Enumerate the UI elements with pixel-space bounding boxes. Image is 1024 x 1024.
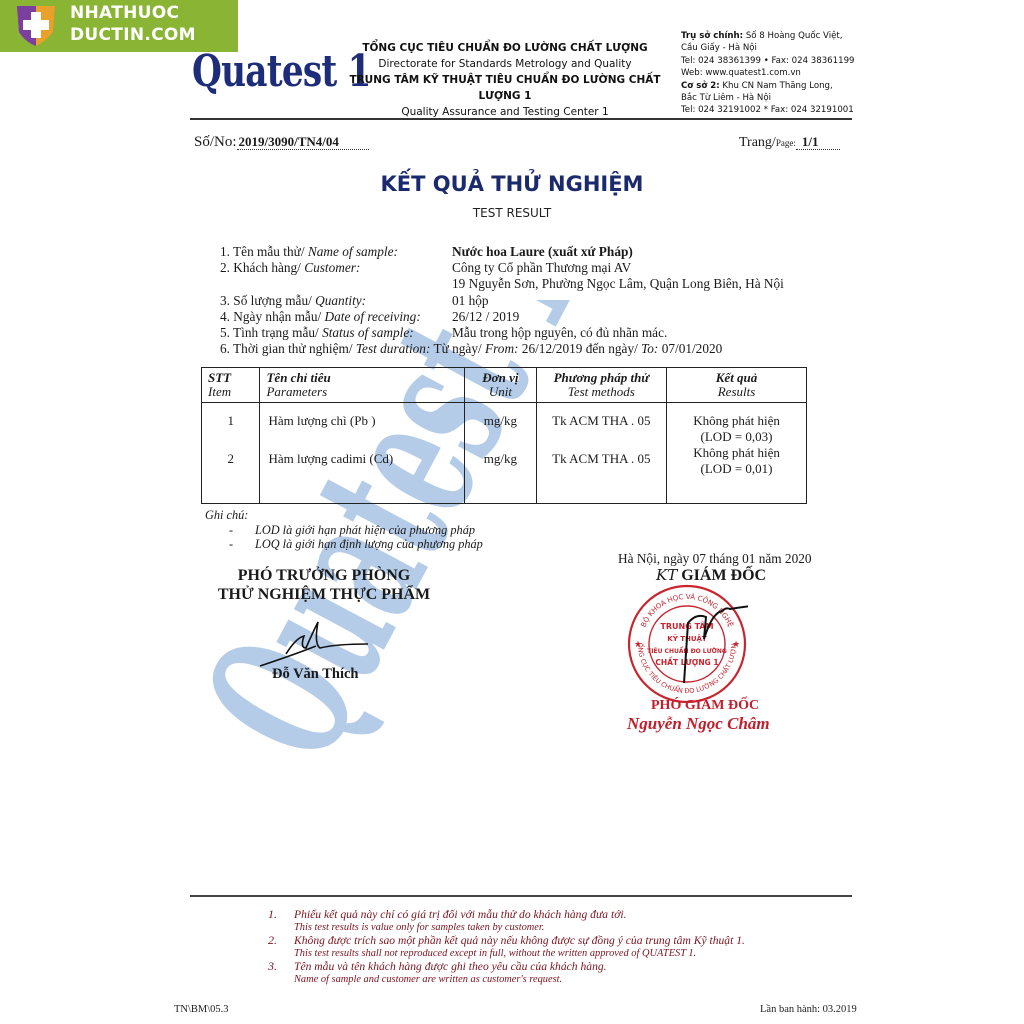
info-row-received: 4. Ngày nhận mẫu/ Date of receiving: 26/… [220,309,784,325]
col-results: Kết quảResults [667,368,807,403]
page-label: Trang/ [739,135,776,150]
date-received: 26/12 / 2019 [452,309,519,325]
footer-note: 1.Phiếu kết quả này chỉ có giá trị đối v… [268,908,745,934]
row1-lod: (LOD = 0,03) [671,429,802,445]
footer-notes: 1.Phiếu kết quả này chỉ có giá trị đối v… [268,908,745,986]
col-method: Phương pháp thửTest methods [536,368,666,403]
org-line-1: TỔNG CỤC TIÊU CHUẨN ĐO LƯỜNG CHẤT LƯỢNG [330,40,680,56]
sample-name: Nước hoa Laure (xuất xứ Pháp) [452,244,633,260]
sign-date: Hà Nội, ngày 07 tháng 01 năm 2020 [618,551,812,567]
row2-method: Tk ACM THA . 05 [541,451,662,467]
tel-2: Tel: 024 32191002 * Fax: 024 32191001 [681,104,881,116]
official-stamp: BỘ KHOA HỌC VÀ CÔNG NGHỆ TỔNG CỤC TIÊU C… [626,583,748,705]
page-value: 1/1 [796,134,841,150]
info-row-status: 5. Tình trạng mẫu/ Status of sample: Mẫu… [220,325,784,341]
organization-name: TỔNG CỤC TIÊU CHUẨN ĐO LƯỜNG CHẤT LƯỢNG … [330,40,680,120]
doc-no-label: Số/No: [194,134,237,150]
signature-mark-left [256,614,376,670]
col-item: STTItem [202,368,260,403]
info-row-quantity: 3. Số lượng mẫu/ Quantity: 01 hộp [220,293,784,309]
doc-no-value: 2019/3090/TN4/04 [237,134,369,150]
quantity: 01 hộp [452,293,489,309]
table-row: 1 2 Hàm lượng chì (Pb ) Hàm lượng cadimi… [202,403,807,504]
signer-left-name: Đỗ Văn Thích [272,666,359,683]
deputy-director-title: PHÓ GIÁM ĐỐC [651,698,759,714]
test-from-date: 26/12/2019 [518,341,585,356]
row2-parameter: Hàm lượng cadimi (Cd) [268,451,460,467]
page-label-en: Page: [776,138,796,148]
signer-right-name: Nguyễn Ngọc Châm [627,714,770,734]
sample-info: 1. Tên mẫu thử/ Name of sample: Nước hoa… [220,244,784,357]
website: Web: www.quatest1.com.vn [681,67,881,79]
row1-parameter: Hàm lượng chì (Pb ) [268,413,460,451]
page-number: Trang/Page:1/1 [739,134,840,151]
brand-line2: DUCTIN.COM [70,24,196,46]
row2-unit: mg/kg [469,451,531,467]
org-line-2: Directorate for Standards Metrology and … [330,56,680,72]
document-number: Số/No:2019/3090/TN4/04 [194,134,369,151]
row1-item: 1 [206,413,255,451]
tel-1: Tel: 024 38361399 • Fax: 024 38361199 [681,55,881,67]
info-row-duration: 6. Thời gian thử nghiệm/ Test duration: … [220,341,784,357]
site-brand: NHATHUOC DUCTIN.COM [70,2,196,46]
note-item: -LOQ là giới hạn định lượng của phương p… [205,537,483,552]
form-code: TN\BM\05.3 [174,1004,229,1015]
branch: Khu CN Nam Thăng Long, [722,81,832,91]
document-title: KẾT QUẢ THỬ NGHIỆM [0,172,1024,196]
info-row-customer: 2. Khách hàng/ Customer: Công ty Cổ phần… [220,260,784,276]
head-office-label: Trụ sở chính: [681,31,743,41]
notes-title: Ghi chú: [205,508,483,523]
branch-2: Bắc Từ Liêm - Hà Nội [681,92,881,104]
test-to-date: 07/01/2020 [658,341,722,356]
brand-line1: NHATHUOC [70,2,196,24]
medical-cross-shield-icon [13,2,59,50]
header-divider [190,118,852,120]
info-row-customer-address: 19 Nguyễn Sơn, Phường Ngọc Lâm, Quận Lon… [220,276,784,292]
svg-text:★: ★ [634,639,642,649]
col-parameters: Tên chỉ tiêuParameters [260,368,465,403]
row1-method: Tk ACM THA . 05 [541,413,662,451]
col-unit: Đơn vịUnit [465,368,536,403]
notes: Ghi chú: -LOD là giới hạn phát hiện của … [205,508,483,552]
org-line-3: TRUNG TÂM KỸ THUẬT TIÊU CHUẨN ĐO LƯỜNG C… [330,72,680,104]
row2-result: Không phát hiện [671,445,802,461]
svg-text:CHẤT LƯỢNG 1: CHẤT LƯỢNG 1 [655,657,718,667]
footer-note: 2.Không được trích sao một phần kết quả … [268,934,745,960]
row2-lod: (LOD = 0,01) [671,461,802,477]
site-badge[interactable]: NHATHUOC DUCTIN.COM [0,0,238,52]
svg-text:★: ★ [732,639,740,649]
sample-status: Mẫu trong hộp nguyên, có đủ nhãn mác. [452,325,667,341]
branch-label: Cơ sở 2: [681,81,720,91]
head-office-2: Cầu Giấy - Hà Nội [681,42,881,54]
row1-result: Không phát hiện [671,413,802,429]
document-subtitle: TEST RESULT [0,206,1024,220]
issue-date: Lần ban hành: 03.2019 [760,1004,857,1015]
head-office: Số 8 Hoàng Quốc Việt, [746,31,843,41]
row1-unit: mg/kg [469,413,531,451]
customer-name: Công ty Cổ phần Thương mại AV [452,260,631,276]
table-header-row: STTItem Tên chỉ tiêuParameters Đơn vịUni… [202,368,807,403]
customer-address: 19 Nguyễn Sơn, Phường Ngọc Lâm, Quận Lon… [452,276,784,292]
footer-note: 3.Tên mẫu và tên khách hàng được ghi the… [268,960,745,986]
footer-divider [190,895,852,897]
info-row-sample: 1. Tên mẫu thử/ Name of sample: Nước hoa… [220,244,784,260]
department-title: PHÓ TRƯỞNG PHÒNG THỬ NGHIỆM THỰC PHẨM [204,566,444,604]
contact-address: Trụ sở chính: Số 8 Hoàng Quốc Việt, Cầu … [681,30,881,117]
row2-item: 2 [206,451,255,467]
results-table: STTItem Tên chỉ tiêuParameters Đơn vịUni… [201,367,807,504]
note-item: -LOD là giới hạn phát hiện của phương ph… [205,523,483,538]
